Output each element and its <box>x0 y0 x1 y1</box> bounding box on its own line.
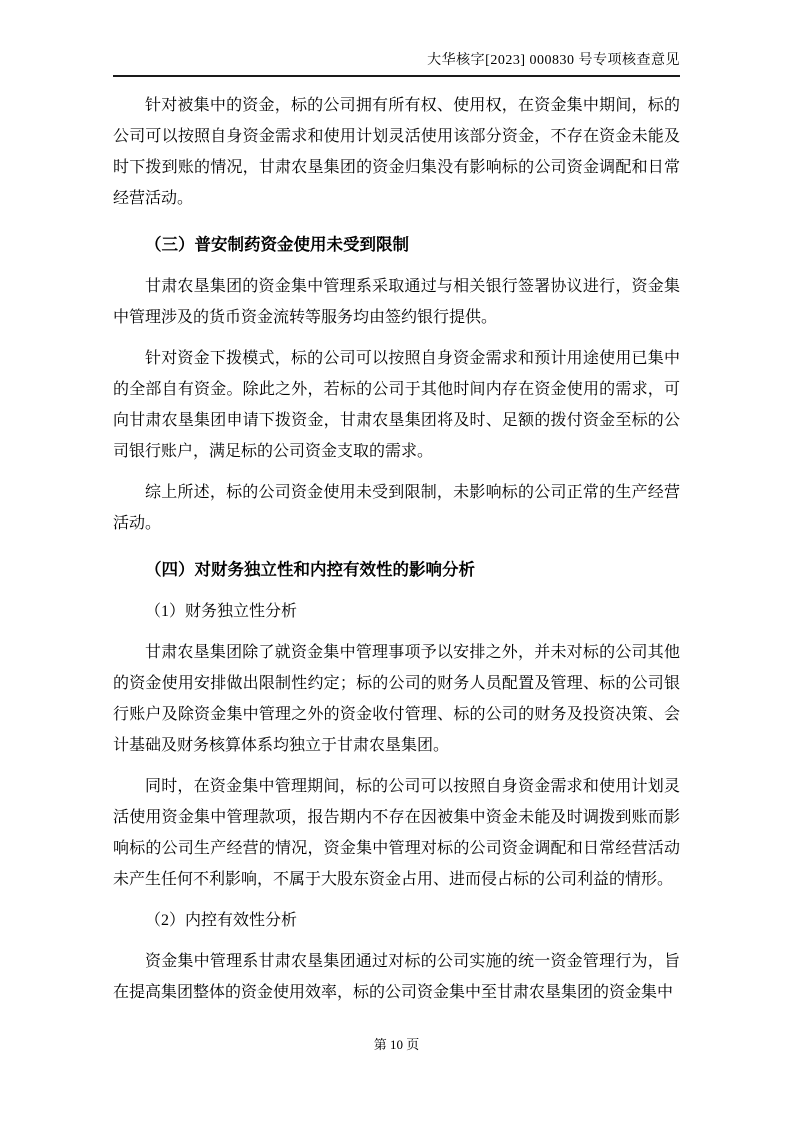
page-number: 第 10 页 <box>374 1037 420 1052</box>
paragraph: 针对资金下拨模式，标的公司可以按照自身资金需求和预计用途使用已集中的全部自有资金… <box>113 343 680 467</box>
sub-heading: （2）内控有效性分析 <box>113 905 680 936</box>
document-page: 大华核字[2023] 000830 号专项核查意见 针对被集中的资金，标的公司拥… <box>0 0 793 1122</box>
document-body: 针对被集中的资金，标的公司拥有所有权、使用权，在资金集中期间，标的公司可以按照自… <box>113 90 680 1008</box>
paragraph: 资金集中管理系甘肃农垦集团通过对标的公司实施的统一资金管理行为，旨在提高集团整体… <box>113 946 680 1008</box>
section-heading: （四）对财务独立性和内控有效性的影响分析 <box>113 555 680 586</box>
page-header: 大华核字[2023] 000830 号专项核查意见 <box>113 52 680 77</box>
section-heading: （三）普安制药资金使用未受到限制 <box>113 230 680 261</box>
paragraph: 甘肃农垦集团除了就资金集中管理事项予以安排之外，并未对标的公司其他的资金使用安排… <box>113 637 680 761</box>
paragraph: 综上所述，标的公司资金使用未受到限制，未影响标的公司正常的生产经营活动。 <box>113 477 680 539</box>
paragraph: 针对被集中的资金，标的公司拥有所有权、使用权，在资金集中期间，标的公司可以按照自… <box>113 90 680 214</box>
paragraph: 同时，在资金集中管理期间，标的公司可以按照自身资金需求和使用计划灵活使用资金集中… <box>113 771 680 895</box>
paragraph: 甘肃农垦集团的资金集中管理系采取通过与相关银行签署协议进行，资金集中管理涉及的货… <box>113 271 680 333</box>
header-document-number: 大华核字[2023] 000830 号专项核查意见 <box>427 53 680 68</box>
sub-heading: （1）财务独立性分析 <box>113 596 680 627</box>
page-footer: 第 10 页 <box>0 1036 793 1054</box>
